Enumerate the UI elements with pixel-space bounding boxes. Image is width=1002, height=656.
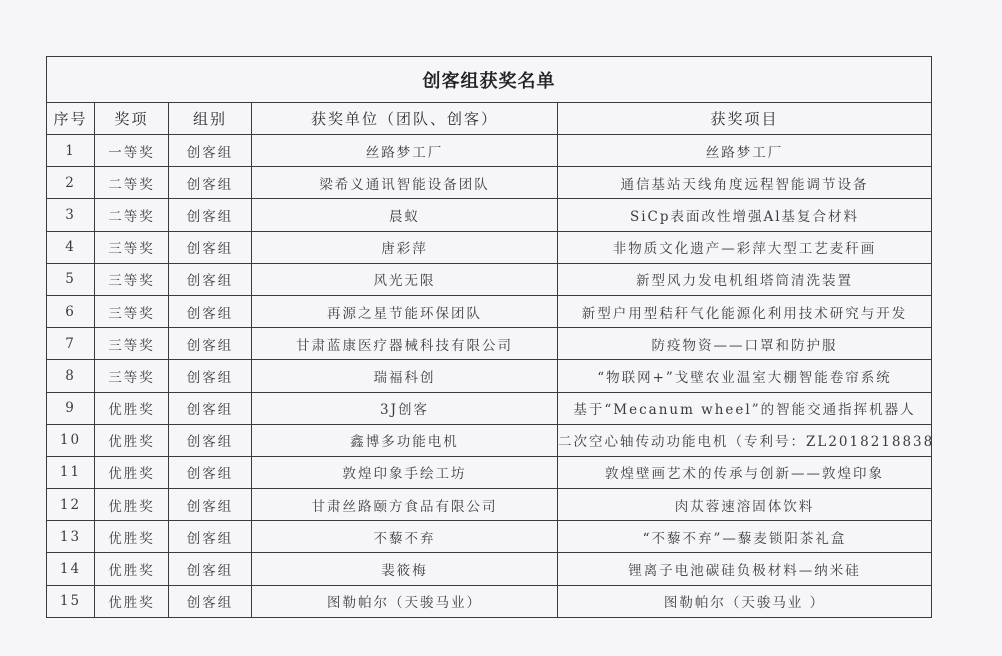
column-header-award: 奖项 bbox=[95, 103, 169, 135]
table-row: 12优胜奖创客组甘肃丝路颐方食品有限公司肉苁蓉速溶固体饮料 bbox=[47, 489, 932, 521]
cell-award: 优胜奖 bbox=[95, 489, 169, 521]
cell-award: 优胜奖 bbox=[95, 521, 169, 553]
cell-unit: 梁希义通讯智能设备团队 bbox=[252, 167, 558, 199]
cell-project: 锂离子电池碳硅负极材料—纳米硅 bbox=[558, 553, 932, 585]
table-row: 15优胜奖创客组图勒帕尔（天骏马业）图勒帕尔（天骏马业 ） bbox=[47, 585, 932, 617]
cell-group: 创客组 bbox=[169, 167, 252, 199]
cell-no: 9 bbox=[47, 392, 95, 424]
cell-no: 3 bbox=[47, 199, 95, 231]
cell-project: 肉苁蓉速溶固体饮料 bbox=[558, 489, 932, 521]
column-header-group: 组别 bbox=[169, 103, 252, 135]
table-row: 9优胜奖创客组3J创客基于“Mecanum wheel”的智能交通指挥机器人 bbox=[47, 392, 932, 424]
cell-project: 基于“Mecanum wheel”的智能交通指挥机器人 bbox=[558, 392, 932, 424]
cell-group: 创客组 bbox=[169, 553, 252, 585]
cell-project: 敦煌壁画艺术的传承与创新——敦煌印象 bbox=[558, 456, 932, 488]
cell-project: 丝路梦工厂 bbox=[558, 135, 932, 167]
cell-no: 13 bbox=[47, 521, 95, 553]
cell-unit: 图勒帕尔（天骏马业） bbox=[252, 585, 558, 617]
table-row: 7三等奖创客组甘肃蓝康医疗器械科技有限公司防疫物资——口罩和防护服 bbox=[47, 328, 932, 360]
cell-no: 15 bbox=[47, 585, 95, 617]
table-row: 11优胜奖创客组敦煌印象手绘工坊敦煌壁画艺术的传承与创新——敦煌印象 bbox=[47, 456, 932, 488]
cell-unit: 风光无限 bbox=[252, 263, 558, 295]
table-row: 5三等奖创客组风光无限新型风力发电机组塔筒清洗装置 bbox=[47, 263, 932, 295]
cell-project: 新型户用型秸秆气化能源化利用技术研究与开发 bbox=[558, 295, 932, 327]
cell-unit: 裴筱梅 bbox=[252, 553, 558, 585]
cell-unit: 再源之星节能环保团队 bbox=[252, 295, 558, 327]
cell-award: 三等奖 bbox=[95, 328, 169, 360]
cell-project: 非物质文化遗产—彩萍大型工艺麦秆画 bbox=[558, 231, 932, 263]
cell-award: 二等奖 bbox=[95, 167, 169, 199]
cell-group: 创客组 bbox=[169, 521, 252, 553]
cell-no: 14 bbox=[47, 553, 95, 585]
cell-award: 二等奖 bbox=[95, 199, 169, 231]
cell-award: 优胜奖 bbox=[95, 553, 169, 585]
cell-project: 新型风力发电机组塔筒清洗装置 bbox=[558, 263, 932, 295]
table-row: 14优胜奖创客组裴筱梅锂离子电池碳硅负极材料—纳米硅 bbox=[47, 553, 932, 585]
cell-group: 创客组 bbox=[169, 489, 252, 521]
cell-unit: 丝路梦工厂 bbox=[252, 135, 558, 167]
cell-project: “物联网+”戈壁农业温室大棚智能卷帘系统 bbox=[558, 360, 932, 392]
cell-unit: 甘肃丝路颐方食品有限公司 bbox=[252, 489, 558, 521]
cell-unit: 不藜不弃 bbox=[252, 521, 558, 553]
cell-award: 三等奖 bbox=[95, 295, 169, 327]
cell-award: 三等奖 bbox=[95, 263, 169, 295]
cell-no: 12 bbox=[47, 489, 95, 521]
cell-award: 三等奖 bbox=[95, 231, 169, 263]
cell-no: 7 bbox=[47, 328, 95, 360]
cell-unit: 3J创客 bbox=[252, 392, 558, 424]
award-list-document: 创客组获奖名单 序号 奖项 组别 获奖单位（团队、创客） 获奖项目 1一等奖创客… bbox=[46, 56, 931, 618]
column-header-project: 获奖项目 bbox=[558, 103, 932, 135]
table-row: 4三等奖创客组唐彩萍非物质文化遗产—彩萍大型工艺麦秆画 bbox=[47, 231, 932, 263]
cell-project: SiCp表面改性增强Al基复合材料 bbox=[558, 199, 932, 231]
cell-unit: 敦煌印象手绘工坊 bbox=[252, 456, 558, 488]
table-row: 1一等奖创客组丝路梦工厂丝路梦工厂 bbox=[47, 135, 932, 167]
cell-group: 创客组 bbox=[169, 263, 252, 295]
column-header-no: 序号 bbox=[47, 103, 95, 135]
cell-no: 4 bbox=[47, 231, 95, 263]
cell-award: 优胜奖 bbox=[95, 424, 169, 456]
cell-award: 优胜奖 bbox=[95, 392, 169, 424]
cell-group: 创客组 bbox=[169, 424, 252, 456]
cell-project: 通信基站天线角度远程智能调节设备 bbox=[558, 167, 932, 199]
cell-no: 8 bbox=[47, 360, 95, 392]
cell-unit: 唐彩萍 bbox=[252, 231, 558, 263]
cell-award: 三等奖 bbox=[95, 360, 169, 392]
cell-no: 5 bbox=[47, 263, 95, 295]
cell-group: 创客组 bbox=[169, 199, 252, 231]
cell-no: 2 bbox=[47, 167, 95, 199]
table-row: 10优胜奖创客组鑫博多功能电机二次空心轴传动功能电机（专利号：ZL2018218… bbox=[47, 424, 932, 456]
cell-no: 11 bbox=[47, 456, 95, 488]
cell-group: 创客组 bbox=[169, 456, 252, 488]
table-row: 3二等奖创客组晨蚁SiCp表面改性增强Al基复合材料 bbox=[47, 199, 932, 231]
cell-award: 一等奖 bbox=[95, 135, 169, 167]
cell-group: 创客组 bbox=[169, 231, 252, 263]
column-header-unit: 获奖单位（团队、创客） bbox=[252, 103, 558, 135]
cell-group: 创客组 bbox=[169, 295, 252, 327]
cell-group: 创客组 bbox=[169, 360, 252, 392]
cell-unit: 瑞福科创 bbox=[252, 360, 558, 392]
cell-project: “不藜不弃”—藜麦锁阳茶礼盒 bbox=[558, 521, 932, 553]
cell-no: 1 bbox=[47, 135, 95, 167]
table-row: 13优胜奖创客组不藜不弃“不藜不弃”—藜麦锁阳茶礼盒 bbox=[47, 521, 932, 553]
cell-group: 创客组 bbox=[169, 328, 252, 360]
cell-group: 创客组 bbox=[169, 585, 252, 617]
award-table: 创客组获奖名单 序号 奖项 组别 获奖单位（团队、创客） 获奖项目 1一等奖创客… bbox=[46, 56, 932, 618]
cell-group: 创客组 bbox=[169, 392, 252, 424]
cell-award: 优胜奖 bbox=[95, 456, 169, 488]
cell-award: 优胜奖 bbox=[95, 585, 169, 617]
cell-project: 二次空心轴传动功能电机（专利号：ZL201821883815.9） bbox=[558, 424, 932, 456]
cell-unit: 鑫博多功能电机 bbox=[252, 424, 558, 456]
cell-project: 图勒帕尔（天骏马业 ） bbox=[558, 585, 932, 617]
cell-project: 防疫物资——口罩和防护服 bbox=[558, 328, 932, 360]
header-row: 序号 奖项 组别 获奖单位（团队、创客） 获奖项目 bbox=[47, 103, 932, 135]
title-row: 创客组获奖名单 bbox=[47, 57, 932, 103]
cell-no: 6 bbox=[47, 295, 95, 327]
cell-unit: 晨蚁 bbox=[252, 199, 558, 231]
document-title: 创客组获奖名单 bbox=[47, 57, 932, 103]
table-row: 2二等奖创客组梁希义通讯智能设备团队通信基站天线角度远程智能调节设备 bbox=[47, 167, 932, 199]
cell-unit: 甘肃蓝康医疗器械科技有限公司 bbox=[252, 328, 558, 360]
table-row: 6三等奖创客组再源之星节能环保团队新型户用型秸秆气化能源化利用技术研究与开发 bbox=[47, 295, 932, 327]
cell-no: 10 bbox=[47, 424, 95, 456]
table-row: 8三等奖创客组瑞福科创“物联网+”戈壁农业温室大棚智能卷帘系统 bbox=[47, 360, 932, 392]
cell-group: 创客组 bbox=[169, 135, 252, 167]
